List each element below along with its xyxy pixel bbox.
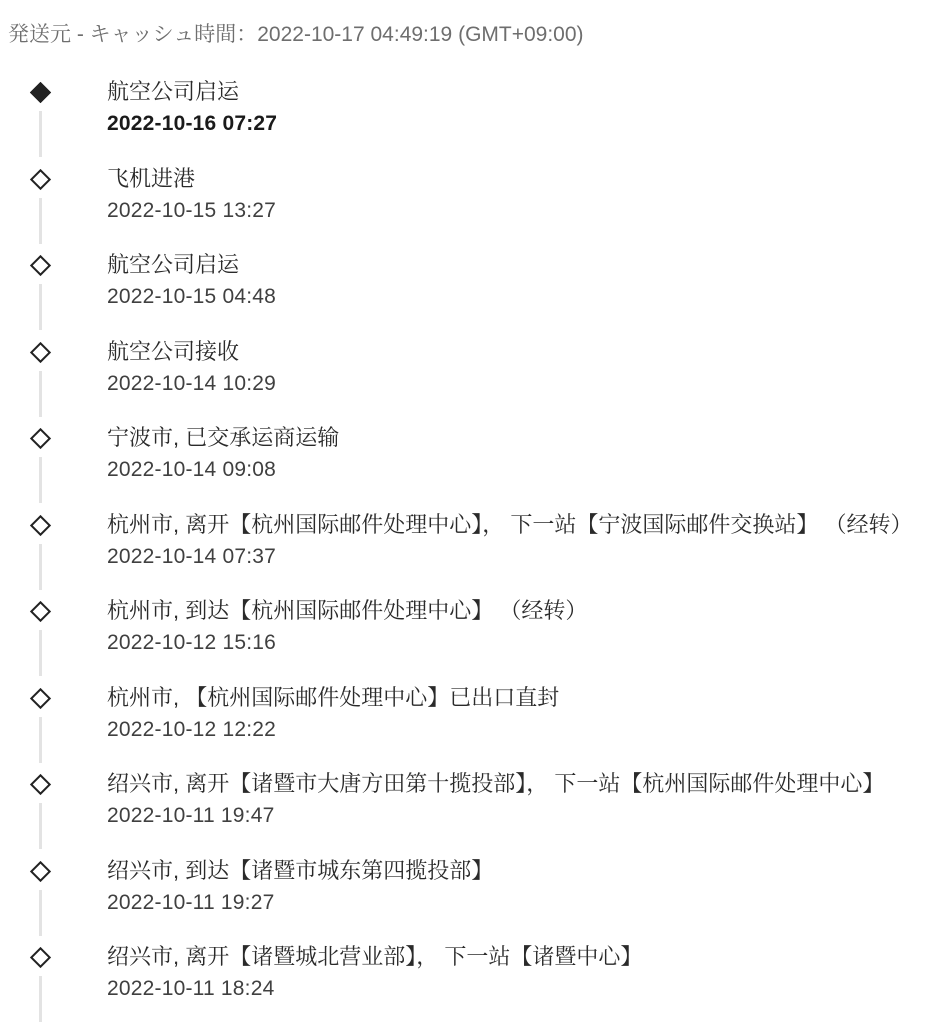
timeline-event: 杭州市, 离开【杭州国际邮件处理中心】， 下一站【宁波国际邮件交换站】 （经转）… — [0, 510, 950, 597]
tracking-timeline: 航空公司启运 2022-10-16 07:27 飞机进港 2022-10-15 … — [0, 77, 950, 999]
event-timestamp: 2022-10-15 13:27 — [107, 196, 950, 226]
event-title: 绍兴市, 离开【诸暨市大唐方田第十揽投部】， 下一站【杭州国际邮件处理中心】 — [107, 769, 950, 799]
timeline-connector-line — [39, 630, 42, 676]
timeline-marker-diamond-icon — [30, 514, 51, 535]
event-title: 航空公司启运 — [107, 77, 950, 107]
event-title: 杭州市, 【杭州国际邮件处理中心】已出口直封 — [107, 683, 950, 713]
timeline-event: 航空公司启运 2022-10-15 04:48 — [0, 250, 950, 337]
event-title: 飞机进港 — [107, 164, 950, 194]
event-timestamp: 2022-10-12 15:16 — [107, 628, 950, 658]
timeline-marker-diamond-icon — [30, 687, 51, 708]
cache-time-header: 発送元 - キャッシュ時間：2022-10-17 04:49:19 (GMT+0… — [8, 20, 584, 50]
timeline-marker-diamond-icon — [30, 255, 51, 276]
timeline-connector-line — [39, 717, 42, 763]
event-timestamp: 2022-10-14 10:29 — [107, 369, 950, 399]
timeline-connector-line — [39, 544, 42, 590]
timeline-marker-diamond-icon — [30, 774, 51, 795]
timeline-connector-line — [39, 457, 42, 503]
timeline-event: 航空公司接收 2022-10-14 10:29 — [0, 337, 950, 424]
timeline-marker-diamond-icon — [30, 168, 51, 189]
timeline-event: 杭州市, 到达【杭州国际邮件处理中心】 （经转） 2022-10-12 15:1… — [0, 596, 950, 683]
timeline-event: 绍兴市, 离开【诸暨市大唐方田第十揽投部】， 下一站【杭州国际邮件处理中心】 2… — [0, 769, 950, 856]
timeline-connector-line — [39, 890, 42, 936]
event-title: 杭州市, 到达【杭州国际邮件处理中心】 （经转） — [107, 596, 950, 626]
timeline-connector-line — [39, 111, 42, 157]
timeline-marker-diamond-icon — [30, 947, 51, 968]
event-timestamp: 2022-10-14 07:37 — [107, 542, 950, 572]
event-timestamp: 2022-10-16 07:27 — [107, 109, 950, 139]
timeline-event: 杭州市, 【杭州国际邮件处理中心】已出口直封 2022-10-12 12:22 — [0, 683, 950, 770]
timeline-marker-diamond-icon — [30, 860, 51, 881]
timeline-event: 航空公司启运 2022-10-16 07:27 — [0, 77, 950, 164]
event-timestamp: 2022-10-14 09:08 — [107, 455, 950, 485]
timeline-connector-line — [39, 198, 42, 244]
timeline-marker-diamond-icon — [30, 341, 51, 362]
timeline-event: 绍兴市, 离开【诸暨城北营业部】， 下一站【诸暨中心】 2022-10-11 1… — [0, 942, 950, 999]
timeline-connector-line — [39, 976, 42, 999]
timeline-marker-diamond-icon — [30, 601, 51, 622]
event-title: 航空公司接收 — [107, 337, 950, 367]
event-timestamp: 2022-10-11 19:27 — [107, 888, 950, 918]
timeline-event: 飞机进港 2022-10-15 13:27 — [0, 164, 950, 251]
timeline-connector-line — [39, 371, 42, 417]
timeline-marker-diamond-icon — [30, 82, 51, 103]
event-timestamp: 2022-10-11 18:24 — [107, 974, 950, 999]
event-title: 杭州市, 离开【杭州国际邮件处理中心】， 下一站【宁波国际邮件交换站】 （经转） — [107, 510, 950, 540]
event-title: 航空公司启运 — [107, 250, 950, 280]
timeline-event: 宁波市, 已交承运商运输 2022-10-14 09:08 — [0, 423, 950, 510]
timeline-marker-diamond-icon — [30, 428, 51, 449]
event-timestamp: 2022-10-15 04:48 — [107, 282, 950, 312]
event-timestamp: 2022-10-12 12:22 — [107, 715, 950, 745]
timeline-connector-line — [39, 803, 42, 849]
event-timestamp: 2022-10-11 19:47 — [107, 801, 950, 831]
event-title: 宁波市, 已交承运商运输 — [107, 423, 950, 453]
event-title: 绍兴市, 离开【诸暨城北营业部】， 下一站【诸暨中心】 — [107, 942, 950, 972]
timeline-event: 绍兴市, 到达【诸暨市城东第四揽投部】 2022-10-11 19:27 — [0, 856, 950, 943]
event-title: 绍兴市, 到达【诸暨市城东第四揽投部】 — [107, 856, 950, 886]
timeline-connector-line — [39, 284, 42, 330]
